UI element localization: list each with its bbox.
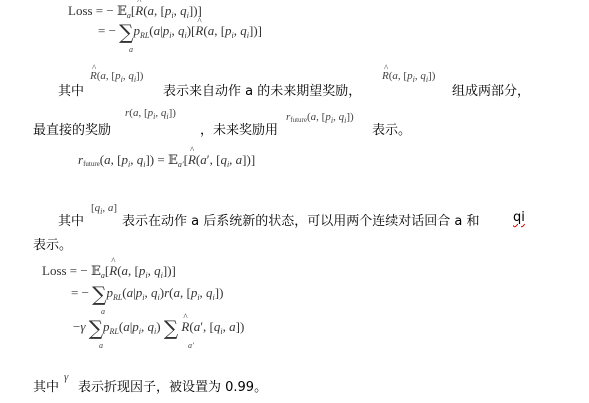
paragraph-1-line-2: 最直接的奖励	[33, 119, 111, 138]
text: 其中	[58, 214, 84, 229]
text: 最直接的奖励	[33, 123, 111, 138]
equation-loss-1-line1: Loss = − 𝔼a[R(a, [pi, qi])]	[68, 3, 202, 20]
spellcheck-word-qi[interactable]: qi	[513, 210, 525, 225]
text: 组成两部分，	[452, 84, 530, 99]
text: qi	[513, 210, 525, 225]
paragraph-3-b: 表示折现因子，被设置为 0.99。	[78, 376, 267, 395]
sum-limit: a	[101, 307, 105, 316]
math-inline-r-future: rfuture(a, [pi, qi])	[286, 111, 354, 125]
paragraph-2-line-1-b: 表示在动作 a 后系统新的状态，可以用两个连续对话回合 a 和	[122, 210, 479, 229]
math-inline-r: r(a, [pi, qi])	[125, 107, 176, 121]
text: 表示来自动作 a 的未来期望奖励，	[163, 84, 361, 99]
paragraph-3: 其中	[33, 376, 59, 395]
text: 其中	[33, 380, 59, 395]
text: 表示。	[33, 238, 72, 253]
sum-limit: a	[129, 45, 133, 54]
paragraph-1-line-2-b: ，未来奖励用	[200, 119, 278, 138]
paragraph-2-line-1: 其中	[58, 210, 84, 229]
math-inline-gamma: γ	[64, 371, 68, 383]
equation-loss-2-line2: = − ∑pRL(a|pi, qi)r(a, [pi, qi])	[71, 284, 223, 304]
math-inline-R-hat: R(a, [pi, qi])	[90, 70, 143, 84]
text: 表示。	[372, 123, 411, 138]
text: 其中	[58, 84, 84, 99]
math-inline-state: [qi, a]	[91, 202, 117, 216]
equation-loss-2-line1: Loss = − 𝔼a[R(a, [pi, qi])]	[42, 263, 176, 280]
sum-limit: a	[99, 341, 103, 350]
text: ，未来奖励用	[200, 123, 278, 138]
text: 表示在动作 a 后系统新的状态，可以用两个连续对话回合 a 和	[122, 214, 479, 229]
paragraph-1-line-2-c: 表示。	[372, 119, 411, 138]
math-inline-R-hat-2: R(a, [pi, qi])	[382, 70, 435, 84]
equation-loss-1-line2: = − ∑pRL(a|pi, qi)[R(a, [pi, qi])]	[98, 22, 262, 42]
equation-r-future: rfuture(a, [pi, qi]) = 𝔼a′[R(a′, [qi, a]…	[78, 152, 255, 169]
text: 表示折现因子，被设置为 0.99。	[78, 380, 267, 395]
paragraph-1-line-1-c: 组成两部分，	[452, 80, 530, 99]
paragraph-2-line-2: 表示。	[33, 234, 72, 253]
equation-loss-2-line3: −γ ∑pRL(a|pi, qi) ∑ R(a′, [qi, a])	[73, 318, 244, 338]
sum-limit: a′	[188, 341, 194, 350]
paragraph-1-line-1: 其中	[58, 80, 84, 99]
paragraph-1-line-1-b: 表示来自动作 a 的未来期望奖励，	[163, 80, 361, 99]
